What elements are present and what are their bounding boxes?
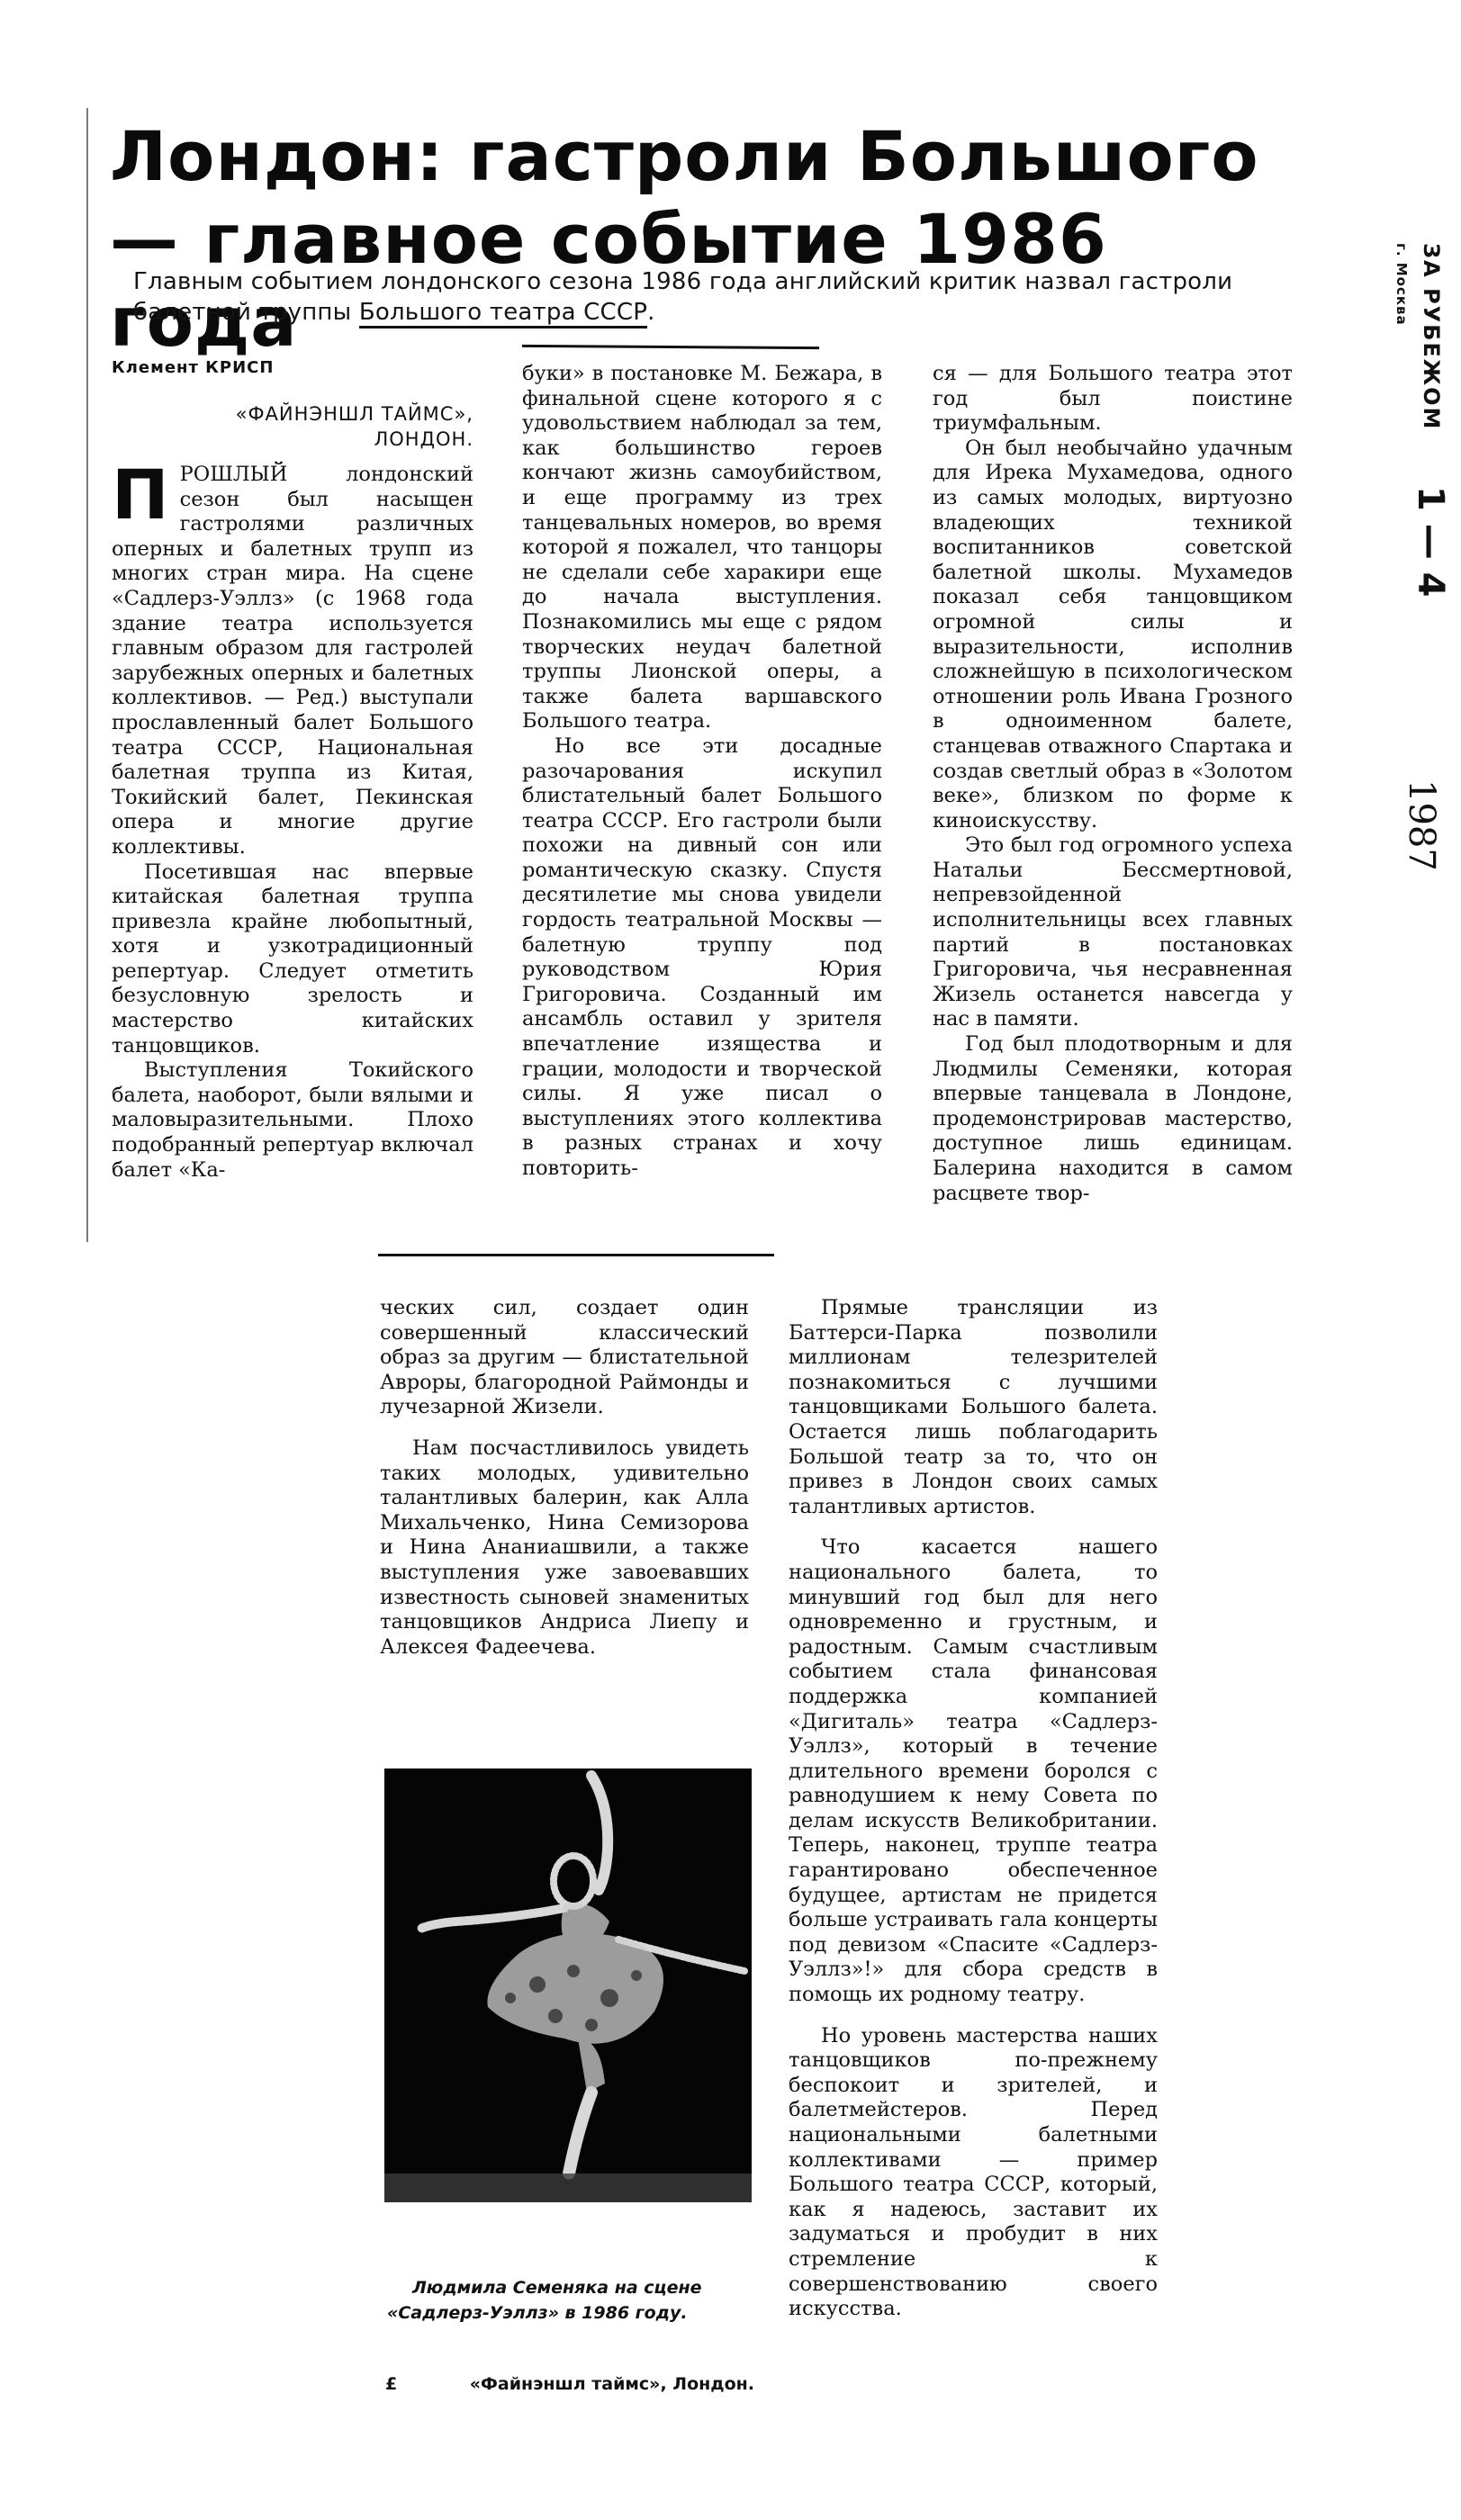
paragraph: Прямые трансляции из Баттерси-Парка позв… — [789, 1296, 1158, 1519]
paragraph: Год был плодотворным и для Людмилы Семен… — [933, 1032, 1293, 1206]
ballerina-figure-icon — [384, 1768, 752, 2202]
stamp-year: 1987 — [1401, 779, 1442, 871]
paragraph: Но уровень мастерства наших танцовщиков … — [789, 2024, 1158, 2322]
article-column-3: ся — для Большого театра этот год был по… — [933, 362, 1293, 1206]
article-column-5: Прямые трансляции из Баттерси-Парка позв… — [789, 1296, 1158, 2322]
drop-cap: П — [112, 466, 169, 524]
footer-source: £ «Файнэншл таймс», Лондон. — [385, 2374, 754, 2394]
left-margin-rule — [86, 108, 88, 1242]
lead-underlined-text: Большого театра СССР — [359, 299, 647, 328]
lead-paragraph: Главным событием лондонского сезона 1986… — [133, 266, 1339, 328]
section-divider — [378, 1254, 774, 1256]
archive-stamp: ЗА РУБЕЖОМ г. Москва 1 — 4 1987 — [1377, 243, 1458, 873]
photo-caption: Людмила Семеняка на сцене «Садлерз-Уэллз… — [387, 2275, 752, 2326]
source-city: ЛОНДОН. — [112, 427, 473, 452]
ballerina-photo — [384, 1768, 752, 2202]
source-publication: «ФАЙНЭНШЛ ТАЙМС», — [112, 401, 473, 427]
footer-source-text: «Файнэншл таймс», Лондон. — [470, 2374, 754, 2394]
lead-text-end: . — [647, 299, 654, 326]
lead-text: Главным событием лондонского сезона 1986… — [133, 268, 1232, 326]
paragraph: Выступления Токийского балета, наоборот,… — [112, 1058, 473, 1183]
source-attribution: «ФАЙНЭНШЛ ТАЙМС», ЛОНДОН. — [112, 401, 473, 452]
article-column-2: буки» в постановке М. Бежара, в финально… — [522, 362, 882, 1182]
paragraph: Он был необычайно удачным для Ирека Муха… — [933, 436, 1293, 834]
paragraph: Посетившая нас впервые китайская балетна… — [112, 860, 473, 1059]
author-byline: Клемент КРИСП — [112, 358, 274, 377]
paragraph: Что касается нашего национального балета… — [789, 1535, 1158, 2007]
stamp-issue-mark: 1 — 4 — [1410, 486, 1451, 598]
footer-mark: £ — [385, 2374, 397, 2394]
stamp-city: г. Москва — [1393, 243, 1410, 326]
article-column-1: П РОШЛЫЙ лондонский сезон был насыщен га… — [112, 463, 473, 1183]
paragraph: буки» в постановке М. Бежара, в финально… — [522, 362, 882, 734]
article-column-4: ческих сил, создает один совершенный кла… — [380, 1296, 749, 1660]
paragraph: Это был год огромного успеха Натальи Бес… — [933, 833, 1293, 1032]
paragraph: Но все эти досадные разочарования искупи… — [522, 734, 882, 1182]
stamp-publication: ЗА РУБЕЖОМ — [1419, 243, 1444, 430]
paragraph: ческих сил, создает один совершенный кла… — [380, 1296, 749, 1420]
paragraph: ся — для Большого театра этот год был по… — [933, 362, 1293, 436]
paragraph: Нам посчастливилось увидеть таких молоды… — [380, 1436, 749, 1660]
newspaper-clipping: Лондон: гастроли Большого— главное событ… — [0, 0, 1461, 2520]
